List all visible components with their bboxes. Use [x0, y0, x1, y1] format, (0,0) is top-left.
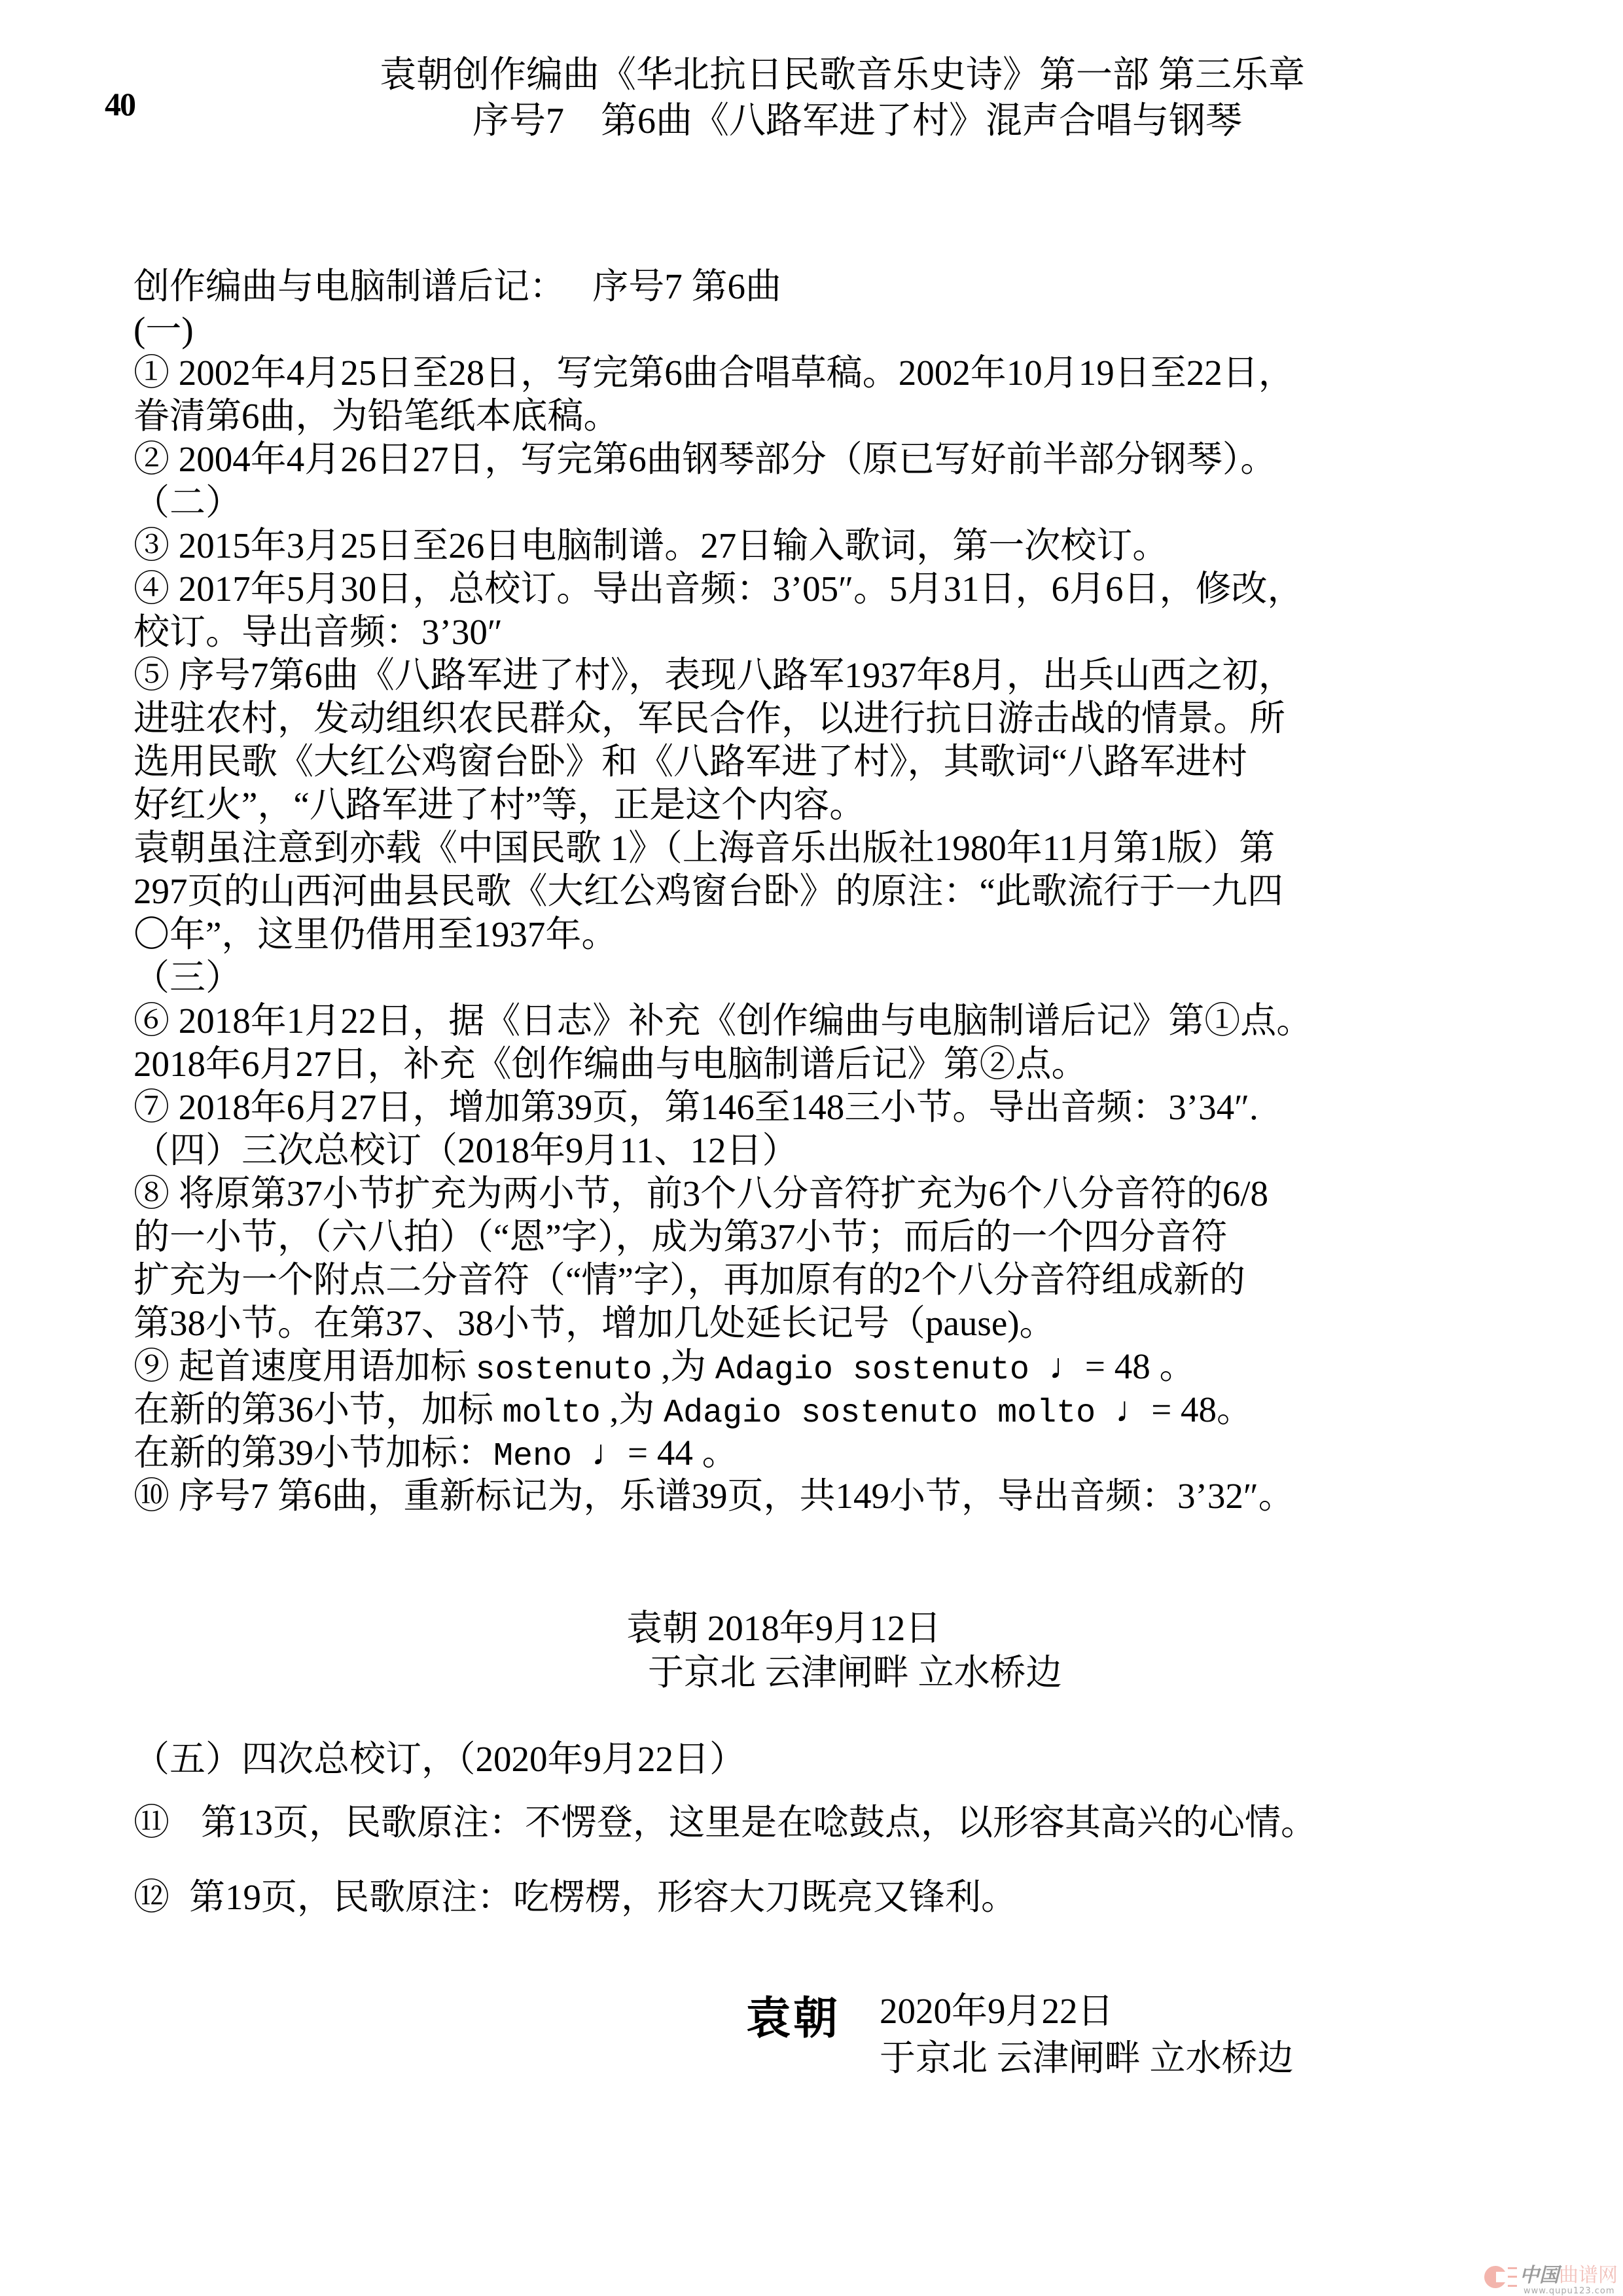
tempo-term: sostenuto [476, 1352, 652, 1389]
tempo-text: ,为 [601, 1390, 664, 1429]
watermark-logo-icon [1484, 2266, 1507, 2288]
tempo-term: Adagio sostenuto [715, 1352, 1049, 1389]
section-heading-5: （五）四次总校订，（2020年9月22日） [134, 1738, 745, 1781]
section-heading-2: （二） [134, 481, 1521, 524]
note-line: ④ 2017年5月30日，总校订。导出音频：3’05″。5月31日，6月6日，修… [134, 567, 1521, 611]
note-line: ⑤ 序号7第6曲《八路军进了村》，表现八路军1937年8月，出兵山西之初， [134, 654, 1521, 697]
circled-number-12-icon: ⑫ [134, 1877, 169, 1917]
watermark-name-part-b: 曲谱网 [1559, 2265, 1618, 2286]
circled-number-11-icon: ⑪ [134, 1803, 169, 1842]
header-title-line-1: 袁朝创作编曲《华北抗日民歌音乐史诗》第一部 第三乐章 [380, 54, 1348, 97]
signature-2018-place: 于京北 云津闸畔 立水桥边 [648, 1651, 1062, 1695]
tempo-text: ,为 [652, 1346, 715, 1386]
note-line-10: ⑩ 序号7 第6曲，重新标记为，乐谱39页，共149小节，导出音频：3’32″。 [134, 1475, 1521, 1518]
note-line: 第38小节。在第37、38小节，增加几处延长记号（pause)。 [134, 1302, 1521, 1345]
quarter-note-icon: ♩= 44 。 [592, 1433, 738, 1473]
note-line: ⑥ 2018年1月22日，据《日志》补充《创作编曲与电脑制谱后记》第①点。 [134, 999, 1521, 1043]
watermark-site-name: 中国曲谱网 [1520, 2265, 1618, 2287]
signature-2020-name: 袁朝 [746, 1983, 840, 2047]
note-item-12: ⑫第19页，民歌原注：吃楞楞，形容大刀既亮又锋利。 [134, 1876, 1017, 1919]
note-line: ⑦ 2018年6月27日，增加第39页，第146至148三小节。导出音频：3’3… [134, 1086, 1521, 1129]
note-line: 校订。导出音频：3’30″ [134, 611, 1521, 654]
section-heading-1: (一) [134, 308, 1521, 351]
site-watermark: 中国曲谱网 www.qupu123.com [1484, 2265, 1623, 2296]
note-line: 进驻农村，发动组织农民群众，军民合作，以进行抗日游击战的情景。所 [134, 697, 1521, 740]
note-line: 扩充为一个附点二分音符（“情”字），再加原有的2个八分音符组成新的 [134, 1259, 1521, 1302]
tempo-text: 在新的第39小节加标： [134, 1433, 493, 1473]
document-page: 40 袁朝创作编曲《华北抗日民歌音乐史诗》第一部 第三乐章 序号7 第6曲《八路… [0, 0, 1623, 2296]
quarter-note-icon: ♩= 48。 [1115, 1390, 1253, 1429]
note-line: 眷清第6曲，为铅笔纸本底稿。 [134, 395, 1521, 438]
watermark-name-part-a: 中国 [1520, 2265, 1559, 2286]
section-heading-4: （四）三次总校订（2018年9月11、12日） [134, 1129, 1521, 1172]
section-heading-3: （三） [134, 956, 1521, 999]
note-line: 297页的山西河曲县民歌《大红公鸡窗台卧》的原注：“此歌流行于一九四 [134, 870, 1521, 913]
tempo-line-9c: 在新的第39小节加标：Meno ♩= 44 。 [134, 1431, 1521, 1475]
note-line: ⑧ 将原第37小节扩充为两小节，前3个八分音符扩充为6个八分音符的6/8 [134, 1172, 1521, 1215]
note-line: 好红火”，“八路军进了村”等，正是这个内容。 [134, 783, 1521, 827]
signature-2020-date: 2020年9月22日 [880, 1990, 1114, 2033]
signature-2020-place: 于京北 云津闸畔 立水桥边 [880, 2037, 1294, 2080]
quarter-note-icon: ♩= 48 。 [1049, 1346, 1196, 1386]
watermark-url: www.qupu123.com [1524, 2286, 1615, 2296]
note-item-text: 第19页，民歌原注：吃楞楞，形容大刀既亮又锋利。 [189, 1877, 1017, 1917]
watermark-logo-lines-icon [1508, 2267, 1517, 2287]
tempo-term: Adagio sostenuto molto [664, 1395, 1115, 1432]
tempo-text: ⑨ 起首速度用语加标 [134, 1346, 476, 1386]
afterword-heading: 创作编曲与电脑制谱后记： 序号7 第6曲 [134, 265, 1521, 308]
afterword-body: 创作编曲与电脑制谱后记： 序号7 第6曲 (一) ① 2002年4月25日至28… [134, 265, 1521, 1518]
note-item-11: ⑪第13页，民歌原注：不愣登，这里是在唸鼓点，以形容其高兴的心情。 [134, 1801, 1317, 1844]
note-line: 袁朝虽注意到亦载《中国民歌 1》（上海音乐出版社1980年11月第1版）第 [134, 827, 1521, 870]
note-line: ③ 2015年3月25日至26日电脑制谱。27日输入歌词，第一次校订。 [134, 524, 1521, 567]
note-line: 的一小节，（六八拍）（“恩”字），成为第37小节；而后的一个四分音符 [134, 1215, 1521, 1259]
tempo-line-9b: 在新的第36小节，加标 molto ,为 Adagio sostenuto mo… [134, 1388, 1521, 1431]
note-line: ② 2004年4月26日27日，写完第6曲钢琴部分（原已写好前半部分钢琴）。 [134, 438, 1521, 481]
note-line: 选用民歌《大红公鸡窗台卧》和《八路军进了村》，其歌词“八路军进村 [134, 740, 1521, 783]
tempo-text: 在新的第36小节，加标 [134, 1390, 503, 1429]
note-line: ① 2002年4月25日至28日，写完第6曲合唱草稿。2002年10月19日至2… [134, 351, 1521, 395]
tempo-line-9a: ⑨ 起首速度用语加标 sostenuto ,为 Adagio sostenuto… [134, 1345, 1521, 1388]
note-item-text: 第13页，民歌原注：不愣登，这里是在唸鼓点，以形容其高兴的心情。 [201, 1803, 1317, 1842]
note-line: 2018年6月27日，补充《创作编曲与电脑制谱后记》第②点。 [134, 1043, 1521, 1086]
note-line: 〇年”，这里仍借用至1937年。 [134, 913, 1521, 956]
signature-2018-name-date: 袁朝 2018年9月12日 [626, 1607, 941, 1650]
page-number: 40 [105, 85, 135, 123]
tempo-term: molto [503, 1395, 601, 1432]
header-title-line-2: 序号7 第6曲《八路军进了村》混声合唱与钢琴 [473, 99, 1323, 143]
tempo-term: Meno [493, 1438, 592, 1475]
